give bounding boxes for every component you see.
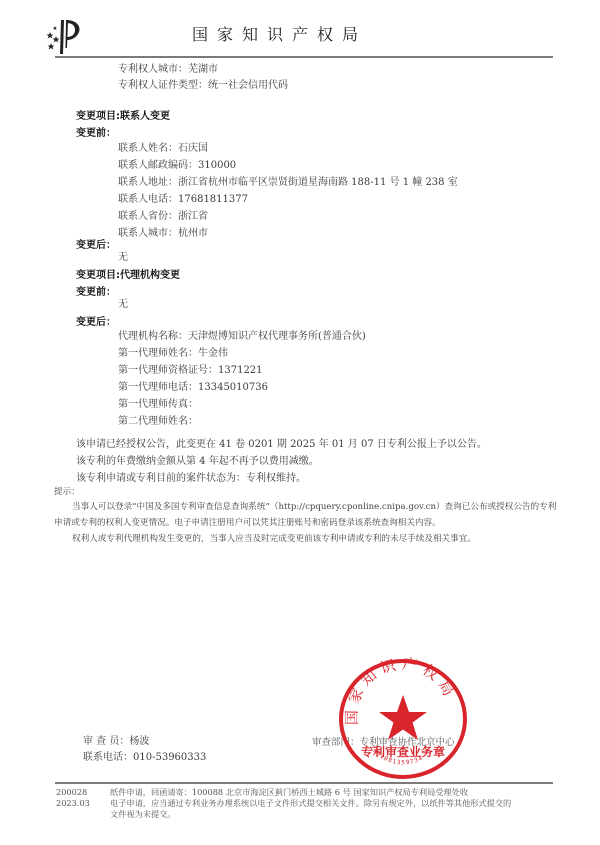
footer-electronic-note: 电子申请，应当通过专利业务办理系统以电子文件形式提交相关文件。除另有规定外，以纸… (110, 798, 511, 809)
change-after-label: 变更后： (76, 236, 116, 251)
footer-electronic-note-cont: 文件视为未提交。 (110, 809, 176, 820)
agent1-license: 第一代理师资格证号：1371221 (118, 363, 263, 379)
contact-city: 联系人城市：杭州市 (118, 226, 208, 242)
official-seal: 国家知识产权局 专利审查业务章 1101081359734 (336, 655, 470, 783)
change-item-agency: 变更项目:代理机构变更 (76, 266, 180, 281)
change-before-label: 变更前： (76, 124, 116, 139)
contact-phone: 联系人电话：17681811377 (118, 192, 248, 208)
cnipa-logo-icon (42, 14, 92, 56)
agent2-name: 第二代理师姓名： (118, 414, 198, 430)
header-divider (55, 56, 553, 58)
contact-address: 联系人地址：浙江省杭州市临平区崇贤街道星海南路 188-11 号 1 幢 238… (118, 175, 458, 191)
footer-paper-address: 纸件申请，回函请寄：100088 北京市海淀区蓟门桥西土城路 6 号 国家知识产… (110, 787, 468, 798)
agency-title: 国家知识产权局 (192, 22, 367, 45)
tips-para1-line2: 申请或专利的权利人变更情况。电子申请注册用户可以凭其注册账号和密码登录该系统查询… (54, 516, 441, 530)
tips-para2: 权利人或专利代理机构发生变更的，当事人应当及时完成变更前该专利申请或专利的未尽手… (72, 532, 476, 546)
agency-name: 代理机构名称：天津煜博知识产权代理事务所(普通合伙) (118, 329, 366, 345)
tips-label: 提示： (54, 485, 80, 499)
holder-city: 专利权人城市：芜湖市 (118, 62, 218, 78)
agent1-fax: 第一代理师传真： (118, 397, 198, 413)
status-statement: 该专利申请或专利目前的案件状态为：专利权维持。 (76, 471, 306, 487)
fee-statement: 该专利的年费缴纳金额从第 4 年起不再予以费用减缴。 (76, 454, 319, 470)
contact-name: 联系人姓名：石庆国 (118, 141, 208, 157)
examiner-name: 审 查 员：杨波 (83, 734, 149, 750)
footer-divider (55, 782, 553, 784)
agent1-phone: 第一代理师电话：13345010736 (118, 380, 268, 396)
announcement-statement: 该申请已经授权公告，此变更在 41 卷 0201 期 2025 年 01 月 0… (76, 437, 487, 453)
tips-para1-line1: 当事人可以登录“中国及多国专利审查信息查询系统”（http://cpquery.… (72, 500, 556, 514)
contact-province: 联系人省份：浙江省 (118, 209, 208, 225)
change-before-label: 变更前： (76, 283, 116, 298)
holder-id-type: 专利权人证件类型：统一社会信用代码 (118, 78, 288, 94)
examiner-phone: 联系电话：010-53960333 (83, 750, 206, 766)
form-version: 2023.03 (56, 798, 90, 809)
contact-postcode: 联系人邮政编码：310000 (118, 158, 236, 174)
agent1-name: 第一代理师姓名：牛金伟 (118, 346, 228, 362)
contact-after-value: 无 (118, 250, 128, 266)
form-code: 200028 (56, 787, 87, 798)
change-item-contact: 变更项目:联系人变更 (76, 107, 170, 122)
agency-before-value: 无 (118, 297, 128, 313)
change-after-label: 变更后： (76, 313, 116, 328)
